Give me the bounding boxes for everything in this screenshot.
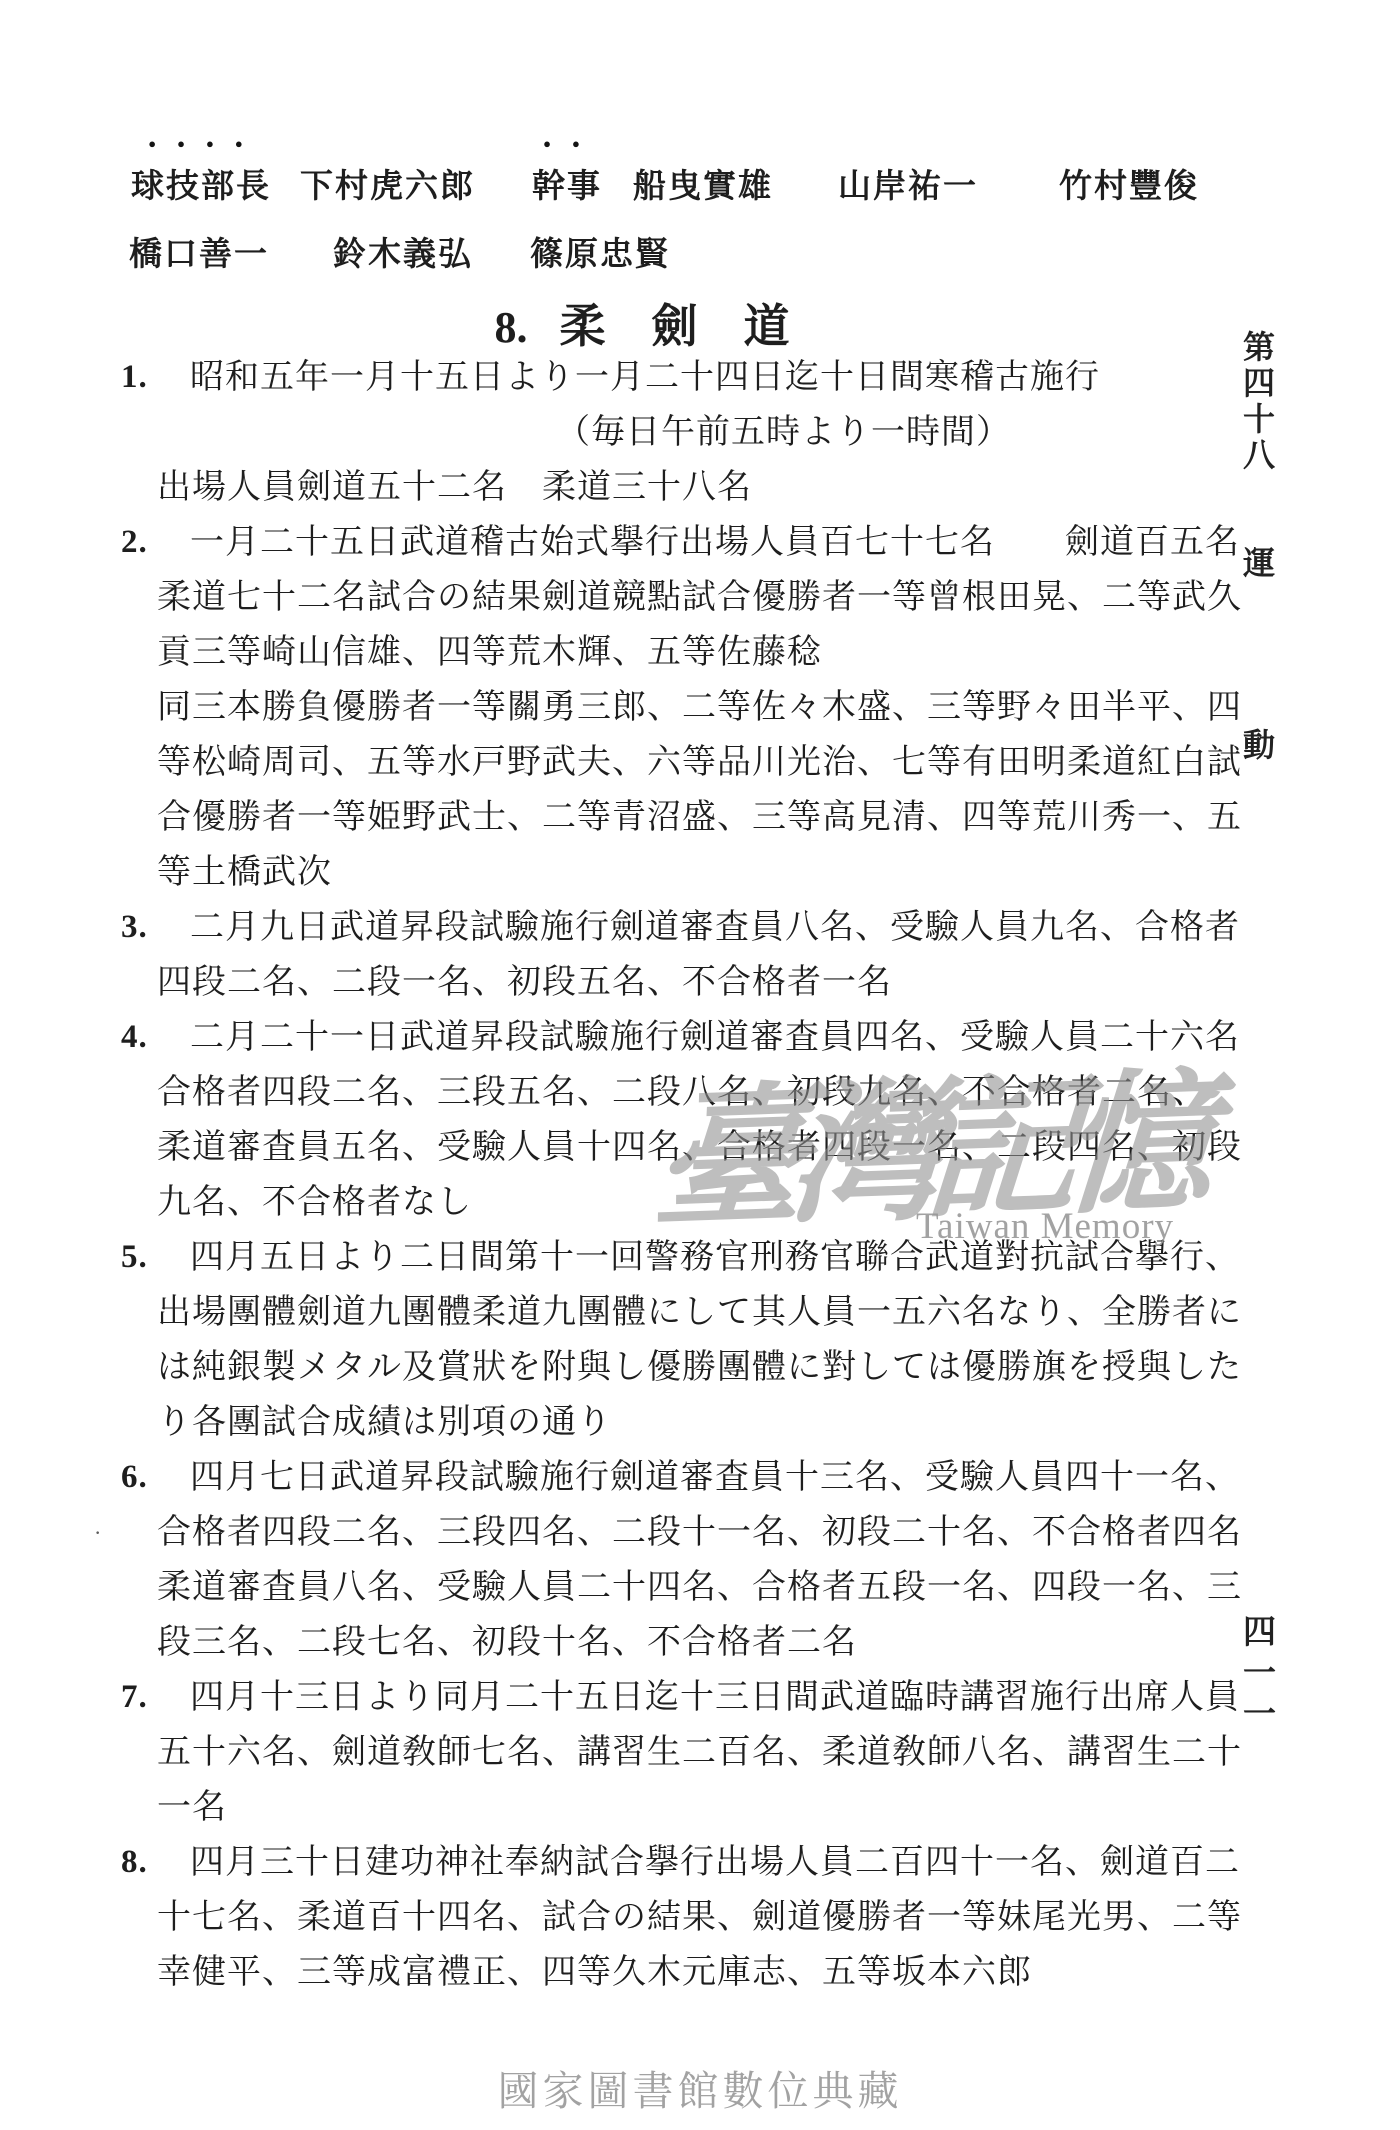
text-line: 7. 四月十三日より同月二十五日迄十三日間武道臨時講習施行出席人員 [0,1670,1400,1725]
text-line: · 合格者四段二名、三段四名、二段十一名、初段二十名、不合格者四名 [0,1505,1400,1560]
staff-name: 船曳實雄 [633,160,773,207]
text-line: 出場團體劍道九團體柔道九團體にして其人員一五六名なり、全勝者に [0,1285,1400,1340]
text-line: 8. 四月三十日建功神社奉納試合擧行出場人員二百四十一名、劍道百二 [0,1835,1400,1890]
line-text: 段三名、二段七名、初段十名、不合格者二名 [157,1615,857,1670]
text-line: は純銀製メタル及賞狀を附與し優勝團體に對しては優勝旗を授與した [0,1340,1400,1395]
text-line: 同三本勝負優勝者一等關勇三郎、二等佐々木盛、三等野々田半平、四 [0,680,1400,735]
emphasis-dots: ●● [533,136,601,152]
line-text: 四月五日より二日間第十一回警務官刑務官聯合武道對抗試合擧行、 [190,1230,1240,1285]
line-text: 柔道審査員八名、受驗人員二十四名、合格者五段一名、四段一名、三 [157,1560,1242,1615]
staff-name: 山岸祐一 [838,160,978,207]
chapter-word-un: 運 [1239,546,1275,582]
staff-title-kyugi-bucho: ●●●● 球技部長 [131,160,271,207]
text-line: 九名、不合格者なし [0,1175,1400,1230]
line-text: 五十六名、劍道敎師七名、講習生二百名、柔道敎師八名、講習生二十 [157,1725,1242,1780]
text-line: 一名 [0,1780,1400,1835]
text-line: 段三名、二段七名、初段十名、不合格者二名 [0,1615,1400,1670]
chapter-marker-vertical: 第四十八 運 動 [1234,330,1280,764]
text-line: 等土橋武次 [0,845,1400,900]
line-text: 等松崎周司、五等水戸野武夫、六等品川光治、七等有田明柔道紅白試 [157,735,1242,790]
page-number: 四一一 [1233,1614,1280,1737]
text-line: 合格者四段二名、三段五名、二段八名、初段九名、不合格者二名、 [0,1065,1400,1120]
line-text: 二月二十一日武道昇段試驗施行劍道審査員四名、受驗人員二十六名 [190,1010,1240,1065]
line-text: 出場團體劍道九團體柔道九團體にして其人員一五六名なり、全勝者に [157,1285,1242,1340]
text-line: 4. 二月二十一日武道昇段試驗施行劍道審査員四名、受驗人員二十六名 [0,1010,1400,1065]
text-line: 五十六名、劍道敎師七名、講習生二百名、柔道敎師八名、講習生二十 [0,1725,1400,1780]
text-line: （毎日午前五時より一時間） [0,405,1400,460]
line-text: 貢三等崎山信雄、四等荒木輝、五等佐藤稔 [157,625,822,680]
section-title: 柔劍道 [560,301,836,352]
staff-name: 篠原忠賢 [530,228,670,275]
line-text: 柔道審査員五名、受驗人員十四名、合格者四段一名、二段四名、初段 [157,1120,1242,1175]
item-number: 5. [121,1230,148,1285]
section-heading: 8. 柔劍道 [0,290,1330,356]
line-text: 四月七日武道昇段試驗施行劍道審査員十三名、受驗人員四十一名、 [190,1450,1240,1505]
line-text: り各團試合成績は別項の通り [157,1395,612,1450]
staff-name: 竹村豐俊 [1059,160,1199,207]
section-number: 8. [495,303,528,352]
item-number: 4. [121,1010,148,1065]
line-text: 四月十三日より同月二十五日迄十三日間武道臨時講習施行出席人員 [190,1670,1240,1725]
line-text: 四段二名、二段一名、初段五名、不合格者一名 [157,955,892,1010]
line-text: 九名、不合格者なし [157,1175,472,1230]
chapter-word-do: 動 [1239,728,1275,764]
line-text: 等土橋武次 [157,845,332,900]
line-text: 四月三十日建功神社奉納試合擧行出場人員二百四十一名、劍道百二 [190,1835,1240,1890]
line-text: 合格者四段二名、三段五名、二段八名、初段九名、不合格者二名、 [157,1065,1207,1120]
line-text: 昭和五年一月十五日より一月二十四日迄十日間寒稽古施行 [190,350,1100,405]
line-text: 幸健平、三等成富禮正、四等久木元庫志、五等坂本六郎 [157,1945,1032,2000]
item-number: 1. [121,350,148,405]
text-line: 合優勝者一等姫野武士、二等青沼盛、三等高見清、四等荒川秀一、五 [0,790,1400,845]
text-line: 6. 四月七日武道昇段試驗施行劍道審査員十三名、受驗人員四十一名、 [0,1450,1400,1505]
line-text: 出場人員劍道五十二名 柔道三十八名 [157,460,752,515]
emphasis-dots: ●●●● [138,136,263,152]
staff-title-kanji: ●● 幹事 [532,160,602,207]
text-line: り各團試合成績は別項の通り [0,1395,1400,1450]
text-line: 柔道審査員八名、受驗人員二十四名、合格者五段一名、四段一名、三 [0,1560,1400,1615]
text-line: 等松崎周司、五等水戸野武夫、六等品川光治、七等有田明柔道紅白試 [0,735,1400,790]
text-line: 柔道七十二名試合の結果劍道競點試合優勝者一等曾根田晃、二等武久 [0,570,1400,625]
text-line: 出場人員劍道五十二名 柔道三十八名 [0,460,1400,515]
line-text: 一名 [157,1780,227,1835]
chapter-number: 第四十八 [1239,330,1275,474]
item-number: 8. [121,1835,148,1890]
line-text: 二月九日武道昇段試驗施行劍道審査員八名、受驗人員九名、合格者 [190,900,1240,955]
line-text: は純銀製メタル及賞狀を附與し優勝團體に對しては優勝旗を授與した [157,1340,1242,1395]
text-line: 十七名、柔道百十四名、試合の結果、劍道優勝者一等妹尾光男、二等 [0,1890,1400,1945]
item-number: 6. [121,1450,148,1505]
text-line: 3. 二月九日武道昇段試驗施行劍道審査員八名、受驗人員九名、合格者 [0,900,1400,955]
text-line: 貢三等崎山信雄、四等荒木輝、五等佐藤稔 [0,625,1400,680]
text-line: 2. 一月二十五日武道稽古始式擧行出場人員百七十七名 劍道百五名 [0,515,1400,570]
item-number: 7. [121,1670,148,1725]
line-text: 合優勝者一等姫野武士、二等青沼盛、三等高見清、四等荒川秀一、五 [157,790,1242,845]
line-text: 一月二十五日武道稽古始式擧行出場人員百七十七名 劍道百五名 [190,515,1240,570]
staff-name: 橋口善一 [129,228,269,275]
text-line: 5. 四月五日より二日間第十一回警務官刑務官聯合武道對抗試合擧行、 [0,1230,1400,1285]
item-number: 3. [121,900,148,955]
line-text: 同三本勝負優勝者一等關勇三郎、二等佐々木盛、三等野々田半平、四 [157,680,1242,735]
staff-name: 球技部長 [131,169,271,205]
text-line: 幸健平、三等成富禮正、四等久木元庫志、五等坂本六郎 [0,1945,1400,2000]
line-text: 柔道七十二名試合の結果劍道競點試合優勝者一等曾根田晃、二等武久 [157,570,1242,625]
staff-name: 鈴木義弘 [333,228,473,275]
text-line: 1. 昭和五年一月十五日より一月二十四日迄十日間寒稽古施行 [0,350,1400,405]
item-number: 2. [121,515,148,570]
scanned-document-page: ●●●● 球技部長 下村虎六郎 ●● 幹事 船曳實雄 山岸祐一 竹村豐俊 橋口善… [0,0,1400,2130]
line-text: （毎日午前五時より一時間） [556,405,1011,460]
text-line: 四段二名、二段一名、初段五名、不合格者一名 [0,955,1400,1010]
text-line: 柔道審査員五名、受驗人員十四名、合格者四段一名、二段四名、初段 [0,1120,1400,1175]
staff-name: 下村虎六郎 [300,160,475,207]
staff-name: 幹事 [532,169,602,205]
body-text: 1. 昭和五年一月十五日より一月二十四日迄十日間寒稽古施行 （毎日午前五時より一… [0,350,1400,2000]
library-footer: 國家圖書館數位典藏 [498,2058,903,2117]
line-text: 合格者四段二名、三段四名、二段十一名、初段二十名、不合格者四名 [157,1505,1242,1560]
line-text: 十七名、柔道百十四名、試合の結果、劍道優勝者一等妹尾光男、二等 [157,1890,1242,1945]
stray-mark: · [94,1505,102,1560]
